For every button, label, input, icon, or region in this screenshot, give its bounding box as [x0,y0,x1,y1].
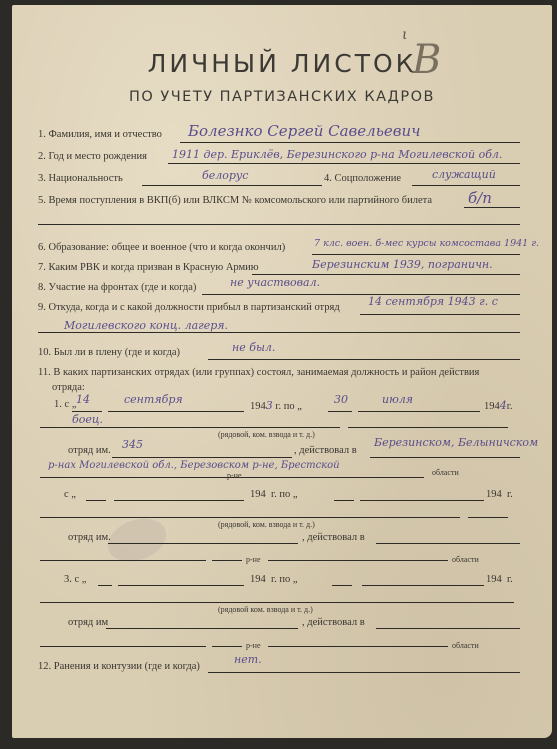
field-5-label: 5. Время поступления в ВКП(б) или ВЛКСМ … [38,195,432,206]
unit-1-district-label: р-не [227,471,242,480]
unit-2-from-month-line [114,500,244,501]
field-11-label: 11. В каких партизанских отрядах (или гр… [38,367,479,378]
unit-1-number: 1. с „ [54,399,76,410]
field-10-label: 10. Был ли в плену (где и когда) [38,347,180,358]
unit-2-position-line-2 [468,517,508,518]
field-9-extra-line [38,332,520,333]
unit-2-to-year: 194 г. [486,489,513,500]
field-6-line [312,254,520,255]
unit-3-detachment-line [106,628,298,629]
unit-1-region-label: области [432,468,459,477]
field-1-value[interactable]: Болезнко Сергей Савельевич [188,122,421,140]
field-4-line [412,185,520,186]
unit-1-to-month-line [358,411,480,412]
personnel-form-sheet: ι В ЛИЧНЫЙ ЛИСТОК ПО УЧЕТУ ПАРТИЗАНСКИХ … [12,5,552,738]
field-12-label: 12. Ранения и контузии (где и когда) [38,661,200,672]
unit-1-from-day[interactable]: 14 [76,393,90,406]
field-6-value[interactable]: 7 клс. воен. б-мес курсы комсостава 1941… [314,238,539,249]
field-10-line [208,359,520,360]
field-1-line [180,142,520,143]
unit-2-from-day-line [86,500,106,501]
unit-1-detachment[interactable]: 345 [122,438,143,451]
unit-3-district-label: р-не [246,641,261,650]
corner-mark-small: ι [402,27,408,43]
field-7-line [252,274,520,275]
unit-3-position-caption: (рядовой ком. взвода и т. д.) [218,605,313,614]
unit-1-acted-in[interactable]: Березинском, Белыничском [374,436,538,449]
unit-1-position-line-2 [348,427,508,428]
unit-1-detachment-line [112,457,292,458]
unit-2-district-line-3 [268,560,448,561]
unit-1-position-line [40,427,340,428]
field-9-label: 9. Откуда, когда и с какой должности при… [38,302,340,313]
unit-1-from-month-line [108,411,244,412]
field-4-value[interactable]: служащий [432,168,496,181]
unit-2-position-caption: (рядовой, ком. взвода и т. д.) [218,520,315,529]
field-8-label: 8. Участие на фронтах (где и когда) [38,282,196,293]
form-title: ЛИЧНЫЙ ЛИСТОК [12,49,552,78]
unit-3-to-day-line [332,585,352,586]
field-1-label: 1. Фамилия, имя и отчество [38,129,162,140]
unit-1-from-day-line [72,411,102,412]
unit-1-to-day[interactable]: 30 [334,393,348,406]
unit-3-district-line-1 [40,646,206,647]
unit-2-to-day-line [334,500,354,501]
unit-2-acted-label: , действовал в [302,532,365,543]
field-12-value[interactable]: нет. [234,653,262,666]
unit-1-position[interactable]: боец. [72,413,103,426]
field-2-value[interactable]: 1911 дер. Ериклёв, Березинского р-на Мог… [172,148,502,161]
unit-3-from-day-line [98,585,112,586]
unit-1-to-month[interactable]: июля [382,393,413,406]
field-2-line [168,163,520,164]
unit-2-acted-line [376,543,520,544]
unit-3-detachment-label: отряд им [68,617,108,628]
field-3-value[interactable]: белорус [202,169,248,182]
unit-2-district-label: р-не [246,555,261,564]
unit-3-to-year: 194 г. [486,574,513,585]
unit-1-to-day-line [328,411,352,412]
field-5-extra-line [38,224,520,225]
unit-2-position-line [40,517,460,518]
field-11-label-cont: отряда: [52,382,85,393]
unit-1-position-caption: (рядовой, ком. взвода и т. д.) [218,430,315,439]
unit-1-from-year: 1943 г. по „ [250,399,302,412]
field-5-line [464,207,520,208]
unit-2-district-line-2 [212,560,242,561]
unit-3-district-line-2 [212,646,242,647]
field-12-line [208,672,520,673]
unit-3-region-label: области [452,641,479,650]
field-2-label: 2. Год и место рождения [38,151,147,162]
unit-3-number: 3. с „ [64,574,86,585]
unit-1-district-value[interactable]: р-нах Могилевской обл., Березовском р-не… [48,460,340,471]
unit-1-acted-label: , действовал в [294,445,357,456]
field-7-label: 7. Каким РВК и когда призван в Красную А… [38,262,259,273]
unit-1-to-year: 1944г. [484,399,513,412]
field-10-value[interactable]: не был. [232,341,275,354]
unit-1-from-month[interactable]: сентября [124,393,183,406]
field-6-label: 6. Образование: общее и военное (что и к… [38,242,285,253]
field-7-value[interactable]: Березинским 1939, пограничн. [312,258,493,271]
unit-3-from-month-line [118,585,244,586]
unit-1-acted-line [370,457,520,458]
unit-2-number: с „ [64,489,76,500]
field-5-value[interactable]: б/п [468,189,492,207]
unit-2-region-label: области [452,555,479,564]
unit-3-district-line-3 [268,646,448,647]
unit-3-from-year: 194 г. по „ [250,574,298,585]
field-9-value[interactable]: 14 сентября 1943 г. с [368,295,498,308]
unit-3-position-line [40,602,514,603]
form-subtitle: ПО УЧЕТУ ПАРТИЗАНСКИХ КАДРОВ [12,89,552,105]
unit-2-detachment-label: отряд им. [68,532,111,543]
unit-2-detachment-line [108,543,298,544]
unit-3-acted-label: , действовал в [302,617,365,628]
unit-2-from-year: 194 г. по „ [250,489,298,500]
unit-3-to-month-line [362,585,484,586]
field-9-value-cont[interactable]: Могилевского конц. лагеря. [64,319,228,332]
field-3-line [142,185,322,186]
unit-2-district-line-1 [40,560,206,561]
field-3-label: 3. Национальность [38,173,123,184]
field-4-label: 4. Соцположение [324,173,401,184]
unit-3-acted-line [376,628,520,629]
field-8-value[interactable]: не участвовал. [230,276,320,289]
unit-2-to-month-line [360,500,484,501]
field-9-line [360,314,520,315]
unit-1-detachment-label: отряд им. [68,445,111,456]
